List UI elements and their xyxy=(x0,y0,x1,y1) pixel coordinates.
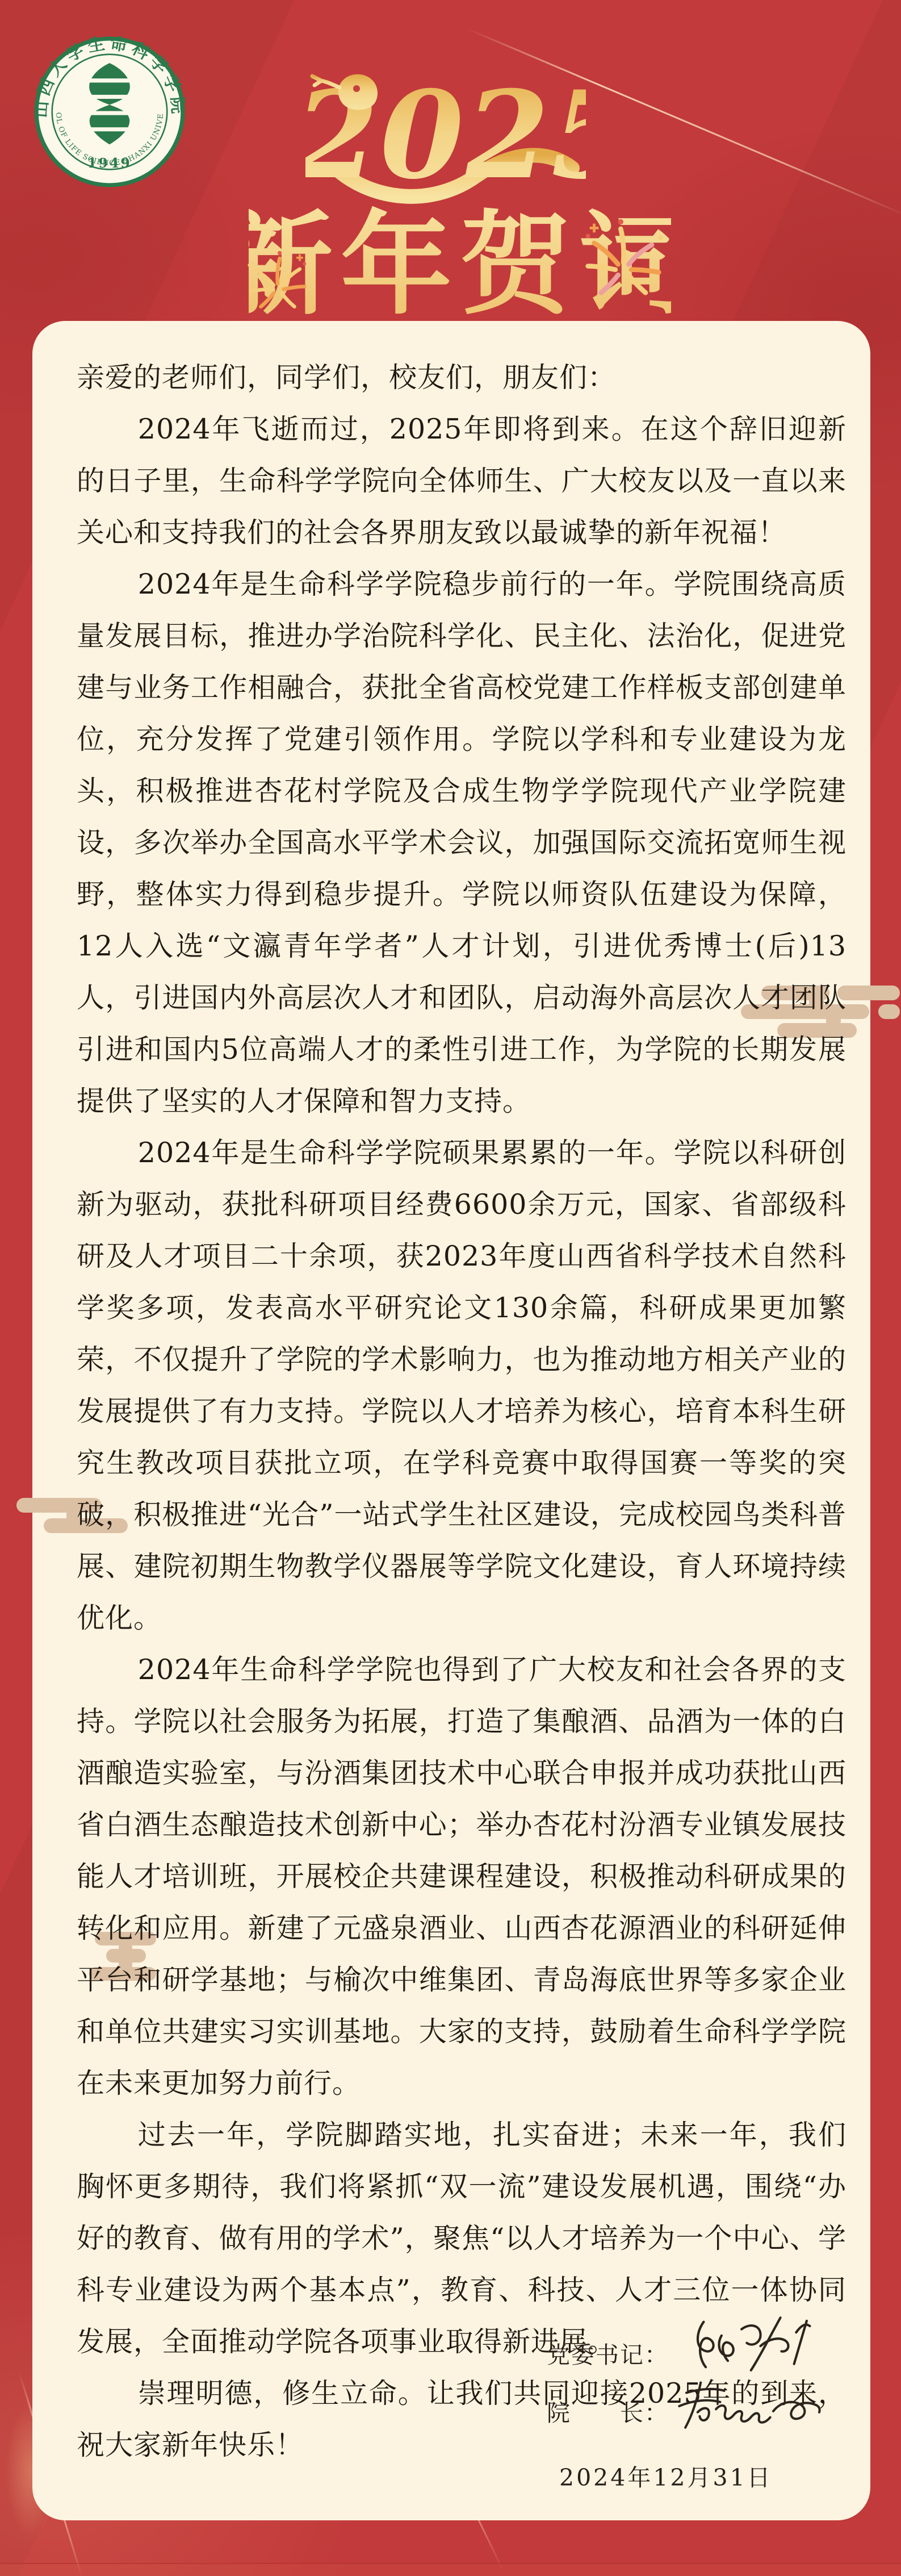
letter-card: 亲爱的老师们，同学们，校友们，朋友们： 2024年飞逝而过，2025年即将到来。… xyxy=(32,321,870,2520)
new-year-greeting-poster: { "header": { "year": "2025", "title": "… xyxy=(0,0,901,2576)
paragraph: 2024年生命科学学院也得到了广大校友和社会各界的支持。学院以社会服务为拓展，打… xyxy=(77,1644,846,2109)
year-2025-snake-logo: 2025 xyxy=(305,55,586,218)
firework-icon xyxy=(579,215,668,303)
dean-signature-row: 院 长： xyxy=(547,2382,850,2440)
secretary-signature-row: 党委书记： xyxy=(547,2324,850,2382)
paragraph: 2024年飞逝而过，2025年即将到来。在这个辞旧迎新的日子里，生命科学学院向全… xyxy=(77,403,846,558)
firework-icon xyxy=(244,248,311,315)
salutation: 亲爱的老师们，同学们，校友们，朋友们： xyxy=(77,352,846,403)
badge-founding-year: 1949 xyxy=(87,155,132,171)
background-seam-decoration xyxy=(0,2563,901,2576)
school-badge: 山西大学生命科学学院 SCHOOL OF LIFE SCIENCE SHANXI… xyxy=(34,36,185,187)
dean-signature xyxy=(671,2377,824,2434)
paragraph: 2024年是生命科学学院硕果累累的一年。学院以科研创新为驱动，获批科研项目经费6… xyxy=(77,1127,846,1644)
letter-date: 2024年12月31日 xyxy=(559,2459,850,2493)
letter-body: 亲爱的老师们，同学们，校友们，朋友们： 2024年飞逝而过，2025年即将到来。… xyxy=(32,321,870,2471)
dean-role-label: 院 长： xyxy=(547,2394,669,2428)
secretary-signature xyxy=(671,2312,813,2383)
paragraph: 2024年是生命科学学院稳步前行的一年。学院围绕高质量发展目标，推进办学治院科学… xyxy=(77,558,846,1127)
signature-block: 党委书记： 院 长： xyxy=(547,2324,850,2493)
secretary-role-label: 党委书记： xyxy=(547,2336,669,2370)
